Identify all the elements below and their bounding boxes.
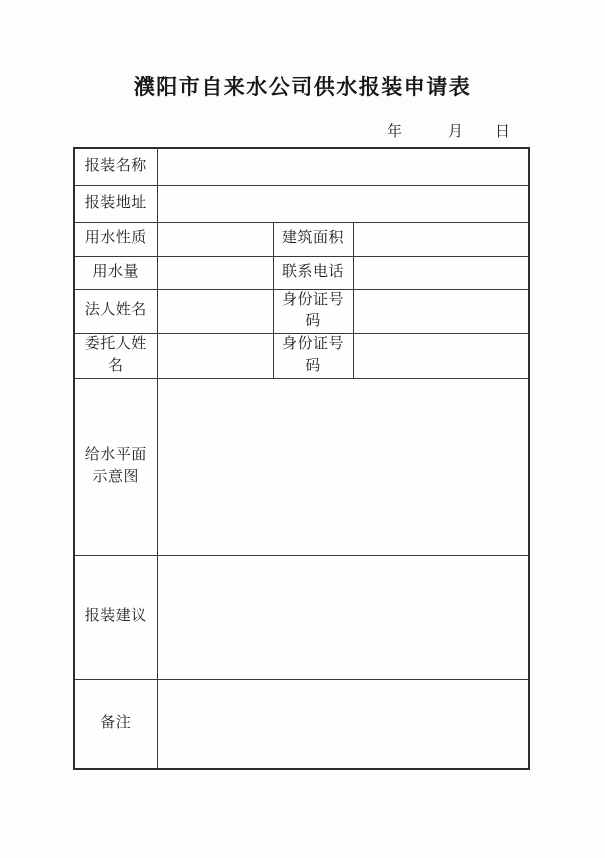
application-form-table: 报装名称 报装地址 用水性质 建筑面积 用水量 联系电话 法人姓名: [73, 147, 530, 770]
report-name-value-cell: [157, 148, 529, 185]
legal-person-name-label: 法人姓名: [74, 289, 157, 334]
date-line: 年 月 日: [0, 121, 527, 139]
suggestion-label: 报装建议: [74, 555, 157, 679]
report-name-label: 报装名称: [74, 148, 157, 185]
agent-name-value-cell: [157, 334, 273, 379]
legal-person-id-label: 身份证号码: [273, 289, 353, 334]
agent-id-value-cell: [353, 334, 529, 379]
legal-person-name-value-cell: [157, 289, 273, 334]
form-title: 濮阳市自来水公司供水报装申请表: [0, 0, 605, 102]
contact-phone-label: 联系电话: [273, 256, 353, 289]
water-plan-label-line1: 给水平面: [79, 445, 153, 467]
building-area-value-cell: [353, 222, 529, 256]
water-use-nature-value-cell: [157, 222, 273, 256]
report-address-value-cell: [157, 185, 529, 222]
suggestion-value-cell: [157, 555, 529, 679]
contact-phone-value-cell: [353, 256, 529, 289]
water-plan-drawing-cell: [157, 378, 529, 555]
row-report-name: 报装名称: [74, 148, 529, 185]
building-area-label: 建筑面积: [273, 222, 353, 256]
remarks-value-cell: [157, 679, 529, 769]
report-address-label: 报装地址: [74, 185, 157, 222]
row-report-address: 报装地址: [74, 185, 529, 222]
water-plan-label-line2: 示意图: [79, 467, 153, 489]
row-water-plan: 给水平面 示意图: [74, 378, 529, 555]
agent-id-label: 身份证号码: [273, 334, 353, 379]
legal-person-id-value-cell: [353, 289, 529, 334]
row-agent: 委托人姓名 身份证号码: [74, 334, 529, 379]
date-month-label: 月: [448, 120, 463, 141]
row-suggestion: 报装建议: [74, 555, 529, 679]
scanned-form-page: 濮阳市自来水公司供水报装申请表 年 月 日 报装名称 报装地址 用水性质 建筑面: [0, 0, 605, 858]
row-water-use-nature: 用水性质 建筑面积: [74, 222, 529, 256]
row-remarks: 备注: [74, 679, 529, 769]
water-use-nature-label: 用水性质: [74, 222, 157, 256]
water-quantity-label: 用水量: [74, 256, 157, 289]
date-year-label: 年: [387, 120, 402, 141]
row-water-quantity: 用水量 联系电话: [74, 256, 529, 289]
agent-name-label: 委托人姓名: [74, 334, 157, 379]
row-legal-person: 法人姓名 身份证号码: [74, 289, 529, 334]
water-quantity-value-cell: [157, 256, 273, 289]
water-plan-label: 给水平面 示意图: [74, 378, 157, 555]
date-day-label: 日: [495, 120, 510, 141]
remarks-label: 备注: [74, 679, 157, 769]
